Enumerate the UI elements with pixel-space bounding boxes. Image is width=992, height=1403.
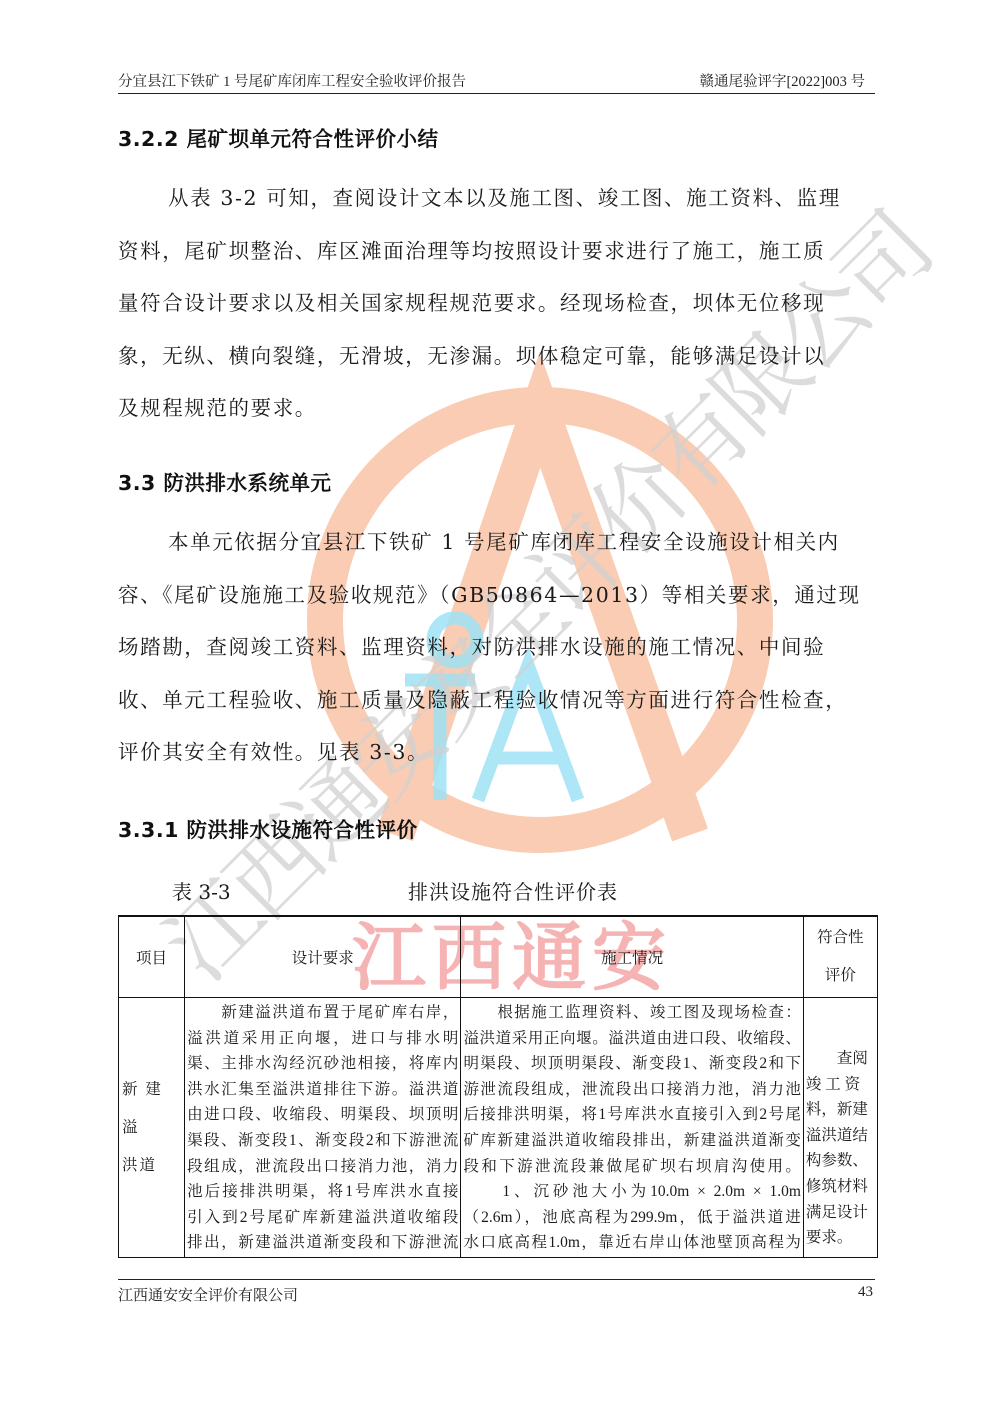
document-content: 分宜县江下铁矿 1 号尾矿库闭库工程安全验收评价报告 赣通尾验评字[2022]0…	[0, 0, 992, 1403]
document-page: 江西通安安全评价有限公司 江西通安 分宜县江下铁矿 1 号尾矿库闭库工程安全验收…	[0, 0, 992, 1403]
header-divider	[118, 93, 875, 94]
paragraph-line: 场踏勘，查阅竣工资料、监理资料，对防洪排水设施的施工情况、中间验	[118, 621, 875, 674]
table-caption-title: 排洪设施符合性评价表	[408, 876, 618, 905]
paragraph-line: 及规程规范的要求。	[118, 382, 875, 435]
header-design: 设计要求	[185, 916, 461, 998]
page-number: 43	[858, 1284, 873, 1301]
footer-company: 江西通安安全评价有限公司	[118, 1284, 298, 1305]
table-row: 新 建 溢 洪道 新建溢洪道布置于尾矿库右岸， 溢洪道采用正向堰，进口与排水明 …	[119, 998, 878, 1258]
table-caption-number: 表 3-3	[172, 876, 231, 905]
header-conformity: 符合性 评价	[803, 916, 877, 998]
report-title: 分宜县江下铁矿 1 号尾矿库闭库工程安全验收评价报告	[118, 70, 466, 91]
cell-construction: 根据施工监理资料、竣工图及现场检查： 溢洪道采用正向堰。溢洪道由进口段、收缩段、…	[461, 998, 803, 1258]
paragraph-line: 象，无纵、横向裂缝，无滑坡，无渗漏。坝体稳定可靠，能够满足设计以	[118, 330, 875, 383]
section-heading-3-3: 3.3 防洪排水系统单元	[118, 466, 331, 496]
section-3-2-2-paragraph: 从表 3-2 可知，查阅设计文本以及施工图、竣工图、施工资料、监理 资料，尾矿坝…	[118, 172, 875, 435]
paragraph-line: 资料，尾矿坝整治、库区滩面治理等均按照设计要求进行了施工，施工质	[118, 225, 875, 278]
cell-conformity: 查阅 竣 工 资 料，新建 溢洪道结 构参数、 修筑材料 满足设计 要求。	[803, 998, 877, 1258]
cell-item: 新 建 溢 洪道	[119, 998, 185, 1258]
paragraph-line: 本单元依据分宜县江下铁矿 1 号尾矿库闭库工程安全设施设计相关内	[118, 516, 875, 569]
paragraph-line: 评价其安全有效性。见表 3-3。	[118, 726, 875, 779]
paragraph-line: 容、《尾矿设施施工及验收规范》（GB50864—2013）等相关要求，通过现	[118, 569, 875, 622]
cell-design: 新建溢洪道布置于尾矿库右岸， 溢洪道采用正向堰，进口与排水明 渠、主排水沟经沉砂…	[185, 998, 461, 1258]
section-heading-3-2-2: 3.2.2 尾矿坝单元符合性评价小结	[118, 122, 439, 152]
drainage-conformity-table: 项目 设计要求 施工情况 符合性 评价 新 建 溢 洪道	[118, 915, 878, 1258]
header-item: 项目	[119, 916, 185, 998]
header-construction: 施工情况	[461, 916, 803, 998]
section-heading-3-3-1: 3.3.1 防洪排水设施符合性评价	[118, 813, 418, 843]
table-header-row: 项目 设计要求 施工情况 符合性 评价	[119, 916, 878, 998]
paragraph-line: 量符合设计要求以及相关国家规程规范要求。经现场检查，坝体无位移现	[118, 277, 875, 330]
footer-divider	[118, 1279, 875, 1280]
paragraph-line: 收、单元工程验收、施工质量及隐蔽工程验收情况等方面进行符合性检查，	[118, 674, 875, 727]
section-3-3-paragraph: 本单元依据分宜县江下铁矿 1 号尾矿库闭库工程安全设施设计相关内 容、《尾矿设施…	[118, 516, 875, 779]
paragraph-line: 从表 3-2 可知，查阅设计文本以及施工图、竣工图、施工资料、监理	[118, 172, 875, 225]
page-header: 分宜县江下铁矿 1 号尾矿库闭库工程安全验收评价报告 赣通尾验评字[2022]0…	[118, 70, 875, 92]
report-number: 赣通尾验评字[2022]003 号	[699, 70, 865, 91]
